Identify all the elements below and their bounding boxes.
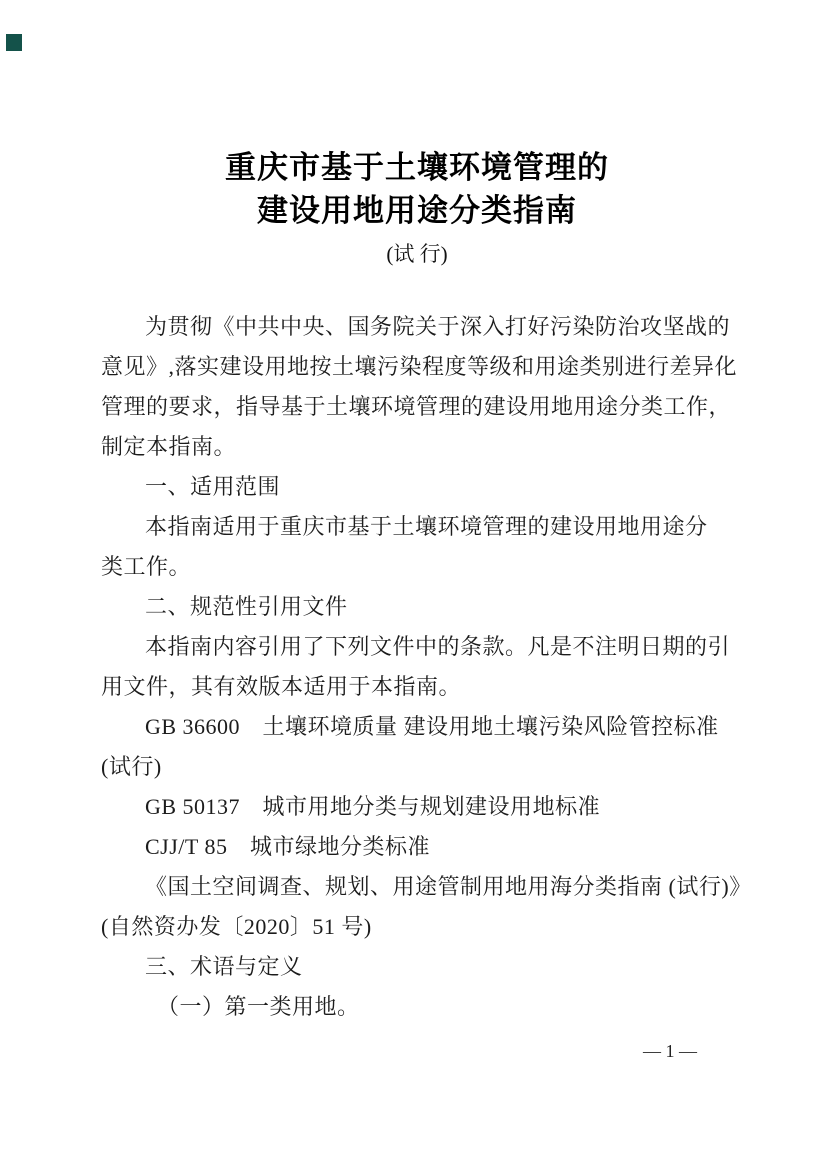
reference-gb50137: GB 50137 城市用地分类与规划建设用地标准: [101, 787, 733, 827]
reference-land-guide-line-1: 《国土空间调查、规划、用途管制用地用海分类指南 (试行)》: [101, 867, 733, 907]
page-number: — 1 —: [620, 1040, 720, 1062]
document-page: 重庆市基于土壤环境管理的 建设用地用途分类指南 (试 行) 为贯彻《中共中央、国…: [0, 0, 826, 1169]
paragraph-scope-line-2: 类工作。: [101, 547, 733, 587]
paragraph-intro-line-3: 管理的要求，指导基于土壤环境管理的建设用地用途分类工作，: [101, 387, 733, 427]
paragraph-intro-line-2: 意见》,落实建设用地按土壤污染程度等级和用途类别进行差异化: [101, 347, 733, 387]
reference-gb36600-line-1: GB 36600 土壤环境质量 建设用地土壤污染风险管控标准: [101, 707, 733, 747]
paragraph-references-line-1: 本指南内容引用了下列文件中的条款。凡是不注明日期的引: [101, 627, 733, 667]
section-heading-references: 二、规范性引用文件: [101, 587, 733, 627]
reference-gb36600-line-2: (试行): [101, 747, 733, 787]
corner-mark-icon: [6, 34, 22, 51]
reference-cjjt85: CJJ/T 85 城市绿地分类标准: [101, 827, 733, 867]
title-block: 重庆市基于土壤环境管理的 建设用地用途分类指南 (试 行): [101, 146, 733, 269]
doc-title-line-2: 建设用地用途分类指南: [101, 189, 733, 232]
section-heading-scope: 一、适用范围: [101, 467, 733, 507]
paragraph-intro-line-4: 制定本指南。: [101, 427, 733, 467]
reference-land-guide-line-2: (自然资办发〔2020〕51 号): [101, 907, 733, 947]
paragraph-references-line-2: 用文件，其有效版本适用于本指南。: [101, 667, 733, 707]
section-heading-terms: 三、术语与定义: [101, 947, 733, 987]
paragraph-scope-line-1: 本指南适用于重庆市基于土壤环境管理的建设用地用途分: [101, 507, 733, 547]
body-block: 为贯彻《中共中央、国务院关于深入打好污染防治攻坚战的 意见》,落实建设用地按土壤…: [101, 307, 733, 1027]
paragraph-intro-line-1: 为贯彻《中共中央、国务院关于深入打好污染防治攻坚战的: [101, 307, 733, 347]
document-content: 重庆市基于土壤环境管理的 建设用地用途分类指南 (试 行) 为贯彻《中共中央、国…: [101, 0, 733, 1027]
term-item-first-class-land: （一）第一类用地。: [101, 987, 733, 1027]
doc-title-line-1: 重庆市基于土壤环境管理的: [101, 146, 733, 189]
doc-subtitle: (试 行): [101, 239, 733, 269]
